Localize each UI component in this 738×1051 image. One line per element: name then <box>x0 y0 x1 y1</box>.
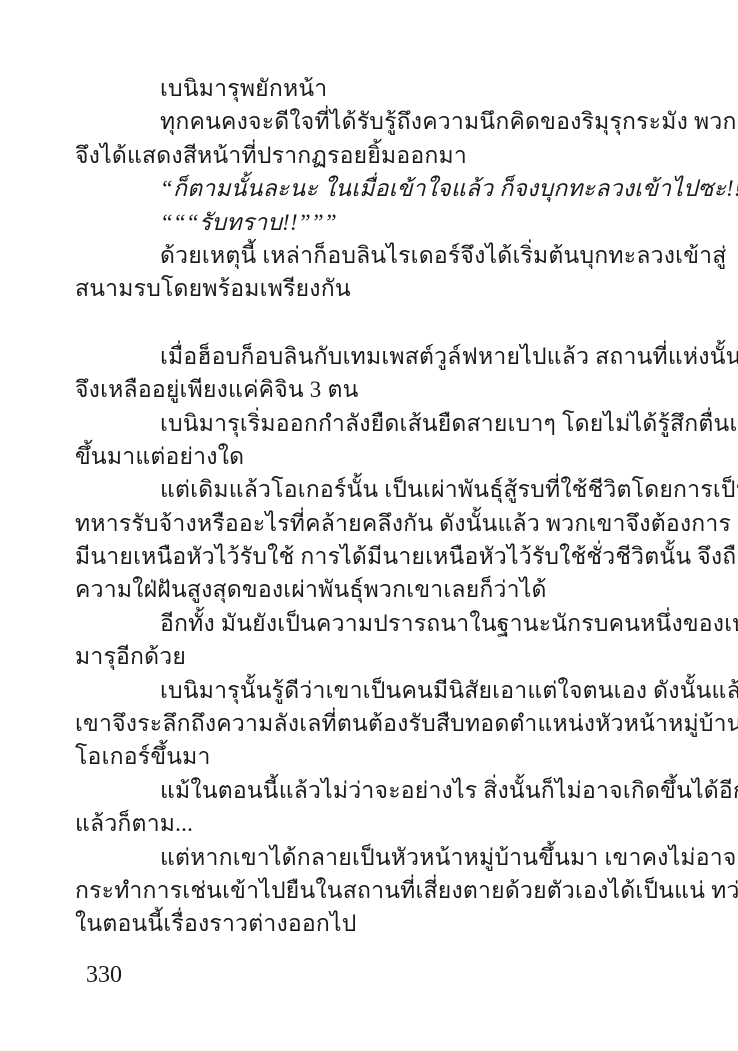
text-line: เบนิมารุเริ่มออกกำลังยืดเส้นยืดสายเบาๆ โ… <box>75 407 669 440</box>
text-line: ขึ้นมาแต่อย่างใด <box>75 440 669 473</box>
text-line: เบนิมารุพยักหน้า <box>75 72 669 105</box>
text-line: อีกทั้ง มันยังเป็นความปรารถนาในฐานะนักรบ… <box>75 607 669 640</box>
text-block: เบนิมารุพยักหน้าทุกคนคงจะดีใจที่ได้รับรู… <box>75 72 669 941</box>
text-line: โอเกอร์ขึ้นมา <box>75 740 669 773</box>
text-line: แต่หากเขาได้กลายเป็นหัวหน้าหมู่บ้านขึ้นม… <box>75 841 669 874</box>
text-line: ในตอนนี้เรื่องราวต่างออกไป <box>75 907 669 940</box>
text-line: จึงเหลืออยู่เพียงแค่คิจิน 3 ตน <box>75 373 669 406</box>
text-line: แม้ในตอนนี้แล้วไม่ว่าจะอย่างไร สิ่งนั้นก… <box>75 774 669 807</box>
text-line: แต่เดิมแล้วโอเกอร์นั้น เป็นเผ่าพันธุ์สู้… <box>75 473 669 506</box>
text-line: เบนิมารุนั้นรู้ดีว่าเขาเป็นคนมีนิสัยเอาแ… <box>75 674 669 707</box>
text-line: มารุอีกด้วย <box>75 640 669 673</box>
text-line: เขาจึงระลึกถึงความลังเลที่ตนต้องรับสืบทอ… <box>75 707 669 740</box>
scene-break <box>75 306 669 340</box>
text-line: ความใฝ่ฝันสูงสุดของเผ่าพันธุ์พวกเขาเลยก็… <box>75 573 669 606</box>
page-number: 330 <box>86 960 122 990</box>
text-line: เมื่อฮ็อบก็อบลินกับเทมเพสต์วูล์ฟหายไปแล้… <box>75 340 669 373</box>
text-line: ทหารรับจ้างหรืออะไรที่คล้ายคลึงกัน ดังนั… <box>75 507 669 540</box>
dialogue-line: “ก็ตามนั้นละนะ ในเมื่อเข้าใจแล้ว ก็จงบุก… <box>75 172 669 205</box>
text-line: ทุกคนคงจะดีใจที่ได้รับรู้ถึงความนึกคิดขอ… <box>75 105 669 138</box>
book-page: เบนิมารุพยักหน้าทุกคนคงจะดีใจที่ได้รับรู… <box>0 0 738 1051</box>
text-line: ด้วยเหตุนี้ เหล่าก็อบลินไรเดอร์จึงได้เริ… <box>75 239 669 272</box>
text-line: แล้วก็ตาม... <box>75 807 669 840</box>
text-line: สนามรบโดยพร้อมเพรียงกัน <box>75 272 669 305</box>
text-line: จึงได้แสดงสีหน้าที่ปรากฏรอยยิ้มออกมา <box>75 139 669 172</box>
text-line: มีนายเหนือหัวไว้รับใช้ การได้มีนายเหนือห… <box>75 540 669 573</box>
dialogue-line: “““รับทราบ!!””” <box>75 206 669 239</box>
text-line: กระทำการเช่นเข้าไปยืนในสถานที่เสี่ยงตายด… <box>75 874 669 907</box>
